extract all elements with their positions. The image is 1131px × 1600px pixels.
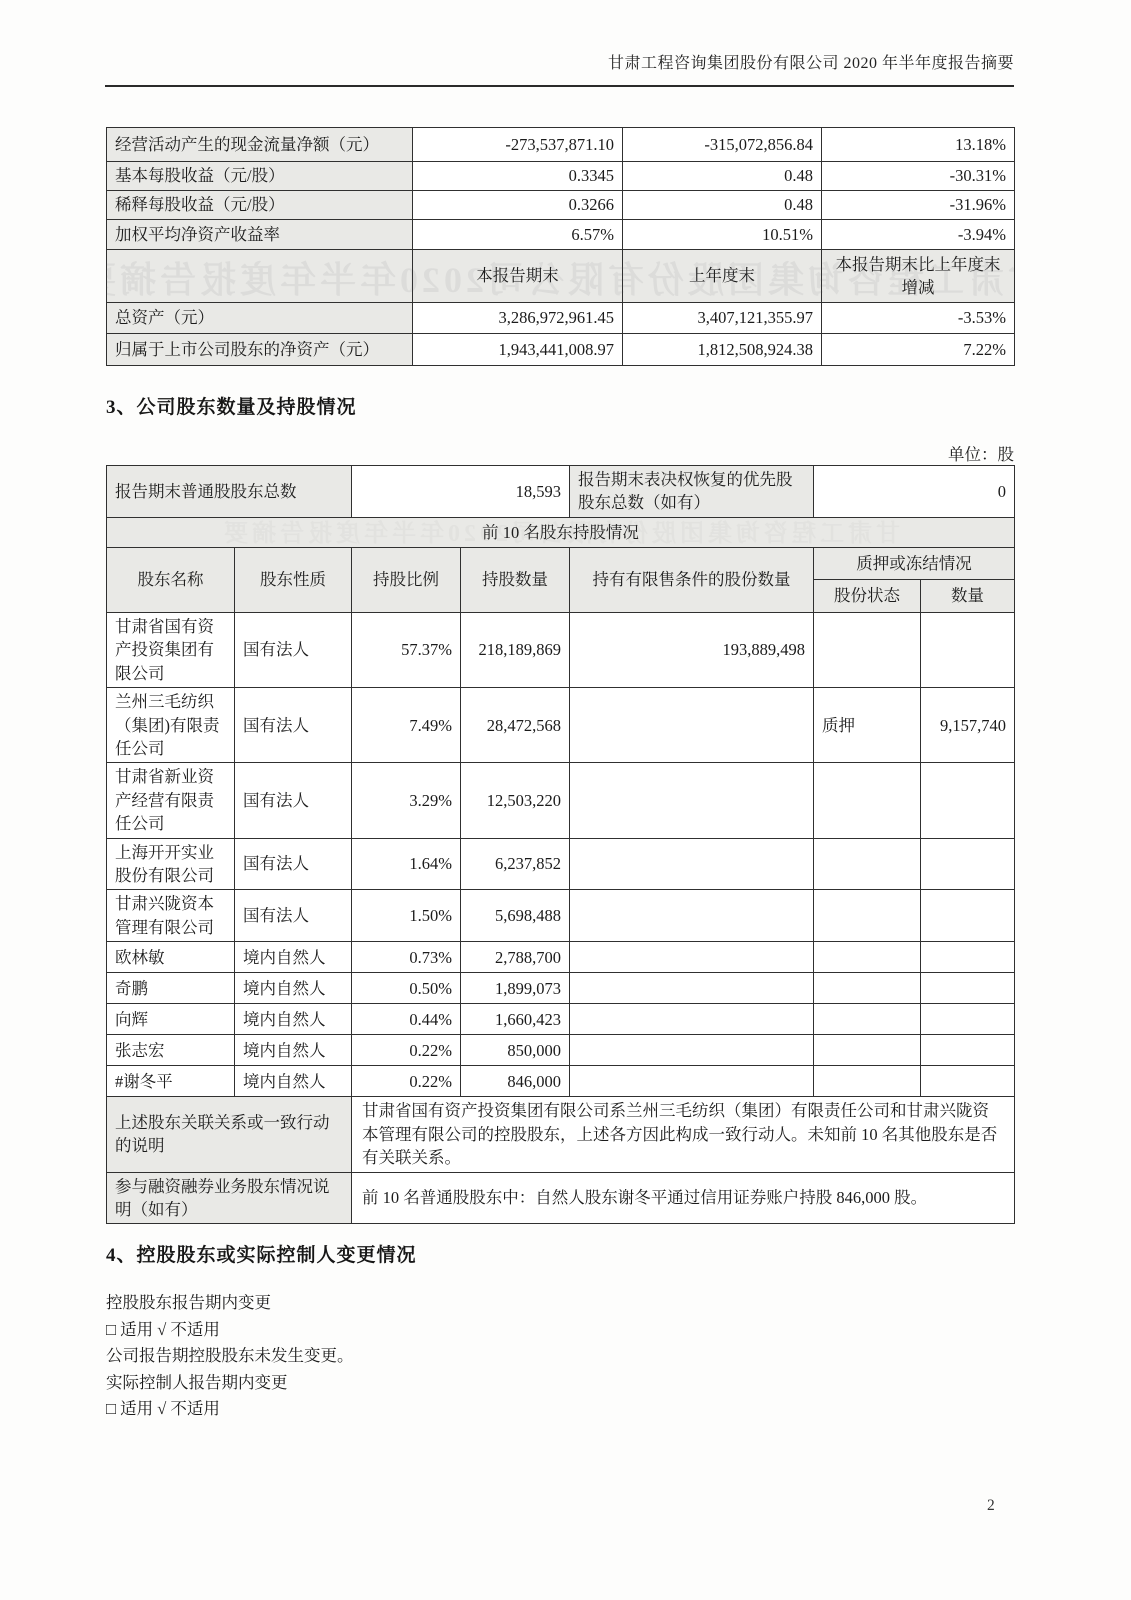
top10-title: 前 10 名股东持股情况 (107, 517, 1015, 547)
shareholder-ratio: 3.29% (352, 763, 461, 838)
metric-label: 加权平均净资产收益率 (107, 220, 413, 250)
header-rule (105, 85, 1014, 87)
pledge-count (921, 973, 1015, 1004)
shareholder-row: #谢冬平 境内自然人 0.22% 846,000 (107, 1066, 1015, 1097)
pledge-count (921, 1004, 1015, 1035)
period-change-header: 本报告期末比上年度末增减 (822, 250, 1015, 303)
metric-current-value: 1,943,441,008.97 (413, 334, 623, 366)
metric-prior-value: -315,072,856.84 (623, 128, 822, 162)
shareholder-nature: 国有法人 (235, 838, 352, 890)
common-shareholders-label: 报告期末普通股股东总数 (107, 466, 352, 518)
pledge-count (921, 1035, 1015, 1066)
shareholder-row: 甘肃兴陇资本管理有限公司 国有法人 1.50% 5,698,488 (107, 890, 1015, 942)
relation-note-label: 上述股东关联关系或一致行动的说明 (107, 1097, 352, 1172)
pledge-count: 9,157,740 (921, 688, 1015, 763)
shareholder-restricted (570, 763, 814, 838)
section-heading-4: 4、控股股东或实际控制人变更情况 (106, 1240, 417, 1267)
shareholder-restricted: 193,889,498 (570, 612, 814, 687)
shareholder-nature: 国有法人 (235, 763, 352, 838)
col-header-name: 股东名称 (107, 547, 235, 612)
shareholder-row: 兰州三毛纺织（集团)有限责任公司 国有法人 7.49% 28,472,568 质… (107, 688, 1015, 763)
shareholder-count: 28,472,568 (461, 688, 570, 763)
metric-label: 总资产（元） (107, 303, 413, 334)
period-current-header: 本报告期末 (413, 250, 623, 303)
common-shareholders-value: 18,593 (352, 466, 570, 518)
shareholder-count: 1,660,423 (461, 1004, 570, 1035)
shareholder-ratio: 0.22% (352, 1066, 461, 1097)
shareholder-count: 5,698,488 (461, 890, 570, 942)
metric-label: 稀释每股收益（元/股） (107, 191, 413, 220)
table-row: 加权平均净资产收益率 6.57% 10.51% -3.94% (107, 220, 1015, 250)
table-row: 经营活动产生的现金流量净额（元） -273,537,871.10 -315,07… (107, 128, 1015, 162)
metric-change-value: -3.53% (822, 303, 1015, 334)
shareholder-nature: 国有法人 (235, 890, 352, 942)
document-page: 甘肃工程咨询集团股份有限公司 2020 年半年度报告摘要 经营活动产生的现金流量… (0, 0, 1131, 1600)
shareholder-nature: 国有法人 (235, 688, 352, 763)
page-header-title: 甘肃工程咨询集团股份有限公司 2020 年半年度报告摘要 (106, 50, 1014, 73)
top10-title-row: 前 10 名股东持股情况 (107, 517, 1015, 547)
shareholder-restricted (570, 973, 814, 1004)
relation-note-content: 甘肃省国有资产投资集团有限公司系兰州三毛纺织（集团）有限责任公司和甘肃兴陇资本管… (352, 1097, 1015, 1172)
shareholder-summary-row: 报告期末普通股股东总数 18,593 报告期末表决权恢复的优先股股东总数（如有）… (107, 466, 1015, 518)
shareholder-count: 12,503,220 (461, 763, 570, 838)
checkbox-line: □ 适用 √ 不适用 (106, 1321, 1014, 1338)
shareholder-row: 欧林敏 境内自然人 0.73% 2,788,700 (107, 942, 1015, 973)
shareholder-ratio: 1.64% (352, 838, 461, 890)
table-row: 总资产（元） 3,286,972,961.45 3,407,121,355.97… (107, 303, 1015, 334)
metric-current-value: 0.3345 (413, 162, 623, 191)
metric-change-value: 13.18% (822, 128, 1015, 162)
unit-note: 单位：股 (106, 441, 1014, 465)
shareholder-count: 1,899,073 (461, 973, 570, 1004)
shareholder-name: 甘肃省国有资产投资集团有限公司 (107, 612, 235, 687)
shareholder-count: 846,000 (461, 1066, 570, 1097)
pledge-status (814, 612, 921, 687)
shareholder-nature: 境内自然人 (235, 942, 352, 973)
shareholder-ratio: 0.44% (352, 1004, 461, 1035)
table-row: 稀释每股收益（元/股） 0.3266 0.48 -31.96% (107, 191, 1015, 220)
period-prior-header: 上年度末 (623, 250, 822, 303)
shareholder-restricted (570, 1035, 814, 1066)
shareholder-restricted (570, 838, 814, 890)
metric-current-value: 3,286,972,961.45 (413, 303, 623, 334)
metric-prior-value: 3,407,121,355.97 (623, 303, 822, 334)
checkbox-line: □ 适用 √ 不适用 (106, 1400, 1014, 1417)
metric-prior-value: 1,812,508,924.38 (623, 334, 822, 366)
col-header-pledge-count: 数量 (921, 579, 1015, 612)
shareholder-ratio: 1.50% (352, 890, 461, 942)
shareholder-count: 218,189,869 (461, 612, 570, 687)
shareholder-ratio: 0.22% (352, 1035, 461, 1066)
metric-change-value: -3.94% (822, 220, 1015, 250)
shareholder-ratio: 0.50% (352, 973, 461, 1004)
pledge-status (814, 1066, 921, 1097)
pledge-count (921, 890, 1015, 942)
shareholder-name: 甘肃省新业资产经营有限责任公司 (107, 763, 235, 838)
shareholder-row: 向辉 境内自然人 0.44% 1,660,423 (107, 1004, 1015, 1035)
pledge-status (814, 1004, 921, 1035)
shareholder-nature: 境内自然人 (235, 1035, 352, 1066)
shareholder-count: 850,000 (461, 1035, 570, 1066)
shareholder-name: 欧林敏 (107, 942, 235, 973)
col-header-nature: 股东性质 (235, 547, 352, 612)
metric-prior-value: 10.51% (623, 220, 822, 250)
metric-label: 基本每股收益（元/股） (107, 162, 413, 191)
margin-note-content: 前 10 名普通股股东中：自然人股东谢冬平通过信用证券账户持股 846,000 … (352, 1172, 1015, 1224)
shareholder-restricted (570, 1004, 814, 1035)
body-line: 实际控制人报告期内变更 (106, 1374, 1014, 1391)
metric-current-value: -273,537,871.10 (413, 128, 623, 162)
col-header-count: 持股数量 (461, 547, 570, 612)
metric-change-value: -30.31% (822, 162, 1015, 191)
pledge-count (921, 838, 1015, 890)
relation-note-row: 上述股东关联关系或一致行动的说明 甘肃省国有资产投资集团有限公司系兰州三毛纺织（… (107, 1097, 1015, 1172)
shareholder-nature: 国有法人 (235, 612, 352, 687)
page-number: 2 (987, 1497, 995, 1515)
metric-change-value: -31.96% (822, 191, 1015, 220)
shareholder-restricted (570, 688, 814, 763)
preferred-shareholders-value: 0 (814, 466, 1015, 518)
shareholder-row: 奇鹏 境内自然人 0.50% 1,899,073 (107, 973, 1015, 1004)
shareholder-count: 6,237,852 (461, 838, 570, 890)
pledge-status (814, 763, 921, 838)
metric-prior-value: 0.48 (623, 191, 822, 220)
metric-prior-value: 0.48 (623, 162, 822, 191)
shareholder-name: 奇鹏 (107, 973, 235, 1004)
shareholder-row: 张志宏 境内自然人 0.22% 850,000 (107, 1035, 1015, 1066)
financial-summary-table: 经营活动产生的现金流量净额（元） -273,537,871.10 -315,07… (106, 127, 1015, 366)
pledge-status (814, 973, 921, 1004)
pledge-count (921, 942, 1015, 973)
pledge-status: 质押 (814, 688, 921, 763)
section4-body: 控股股东报告期内变更 □ 适用 √ 不适用 公司报告期控股股东未发生变更。 实际… (106, 1294, 1014, 1427)
shareholder-nature: 境内自然人 (235, 1066, 352, 1097)
shareholder-name: #谢冬平 (107, 1066, 235, 1097)
margin-note-row: 参与融资融券业务股东情况说明（如有） 前 10 名普通股股东中：自然人股东谢冬平… (107, 1172, 1015, 1224)
shareholder-name: 张志宏 (107, 1035, 235, 1066)
empty-cell (107, 250, 413, 303)
shareholder-nature: 境内自然人 (235, 973, 352, 1004)
shareholder-name: 兰州三毛纺织（集团)有限责任公司 (107, 688, 235, 763)
shareholder-name: 向辉 (107, 1004, 235, 1035)
pledge-status (814, 942, 921, 973)
pledge-count (921, 763, 1015, 838)
col-header-restricted: 持有有限售条件的股份数量 (570, 547, 814, 612)
column-header-row: 股东名称 股东性质 持股比例 持股数量 持有有限售条件的股份数量 质押或冻结情况 (107, 547, 1015, 579)
col-header-pledge-group: 质押或冻结情况 (814, 547, 1015, 579)
shareholder-ratio: 57.37% (352, 612, 461, 687)
col-header-ratio: 持股比例 (352, 547, 461, 612)
metric-label: 经营活动产生的现金流量净额（元） (107, 128, 413, 162)
metric-current-value: 0.3266 (413, 191, 623, 220)
shareholder-ratio: 0.73% (352, 942, 461, 973)
pledge-status (814, 890, 921, 942)
shareholder-row: 甘肃省新业资产经营有限责任公司 国有法人 3.29% 12,503,220 (107, 763, 1015, 838)
pledge-count (921, 1066, 1015, 1097)
shareholder-restricted (570, 1066, 814, 1097)
metric-change-value: 7.22% (822, 334, 1015, 366)
shareholder-restricted (570, 890, 814, 942)
shareholder-nature: 境内自然人 (235, 1004, 352, 1035)
metric-label: 归属于上市公司股东的净资产（元） (107, 334, 413, 366)
pledge-count (921, 612, 1015, 687)
shareholder-name: 上海开开实业股份有限公司 (107, 838, 235, 890)
shareholder-table: 报告期末普通股股东总数 18,593 报告期末表决权恢复的优先股股东总数（如有）… (106, 465, 1015, 1224)
shareholder-name: 甘肃兴陇资本管理有限公司 (107, 890, 235, 942)
metric-current-value: 6.57% (413, 220, 623, 250)
section-heading-3: 3、公司股东数量及持股情况 (106, 392, 357, 419)
table-row: 基本每股收益（元/股） 0.3345 0.48 -30.31% (107, 162, 1015, 191)
preferred-shareholders-label: 报告期末表决权恢复的优先股股东总数（如有） (570, 466, 814, 518)
shareholder-ratio: 7.49% (352, 688, 461, 763)
period-header-row: 本报告期末 上年度末 本报告期末比上年度末增减 (107, 250, 1015, 303)
shareholder-row: 甘肃省国有资产投资集团有限公司 国有法人 57.37% 218,189,869 … (107, 612, 1015, 687)
body-line: 控股股东报告期内变更 (106, 1294, 1014, 1311)
table-row: 归属于上市公司股东的净资产（元） 1,943,441,008.97 1,812,… (107, 334, 1015, 366)
pledge-status (814, 1035, 921, 1066)
margin-note-label: 参与融资融券业务股东情况说明（如有） (107, 1172, 352, 1224)
shareholder-count: 2,788,700 (461, 942, 570, 973)
pledge-status (814, 838, 921, 890)
body-line: 公司报告期控股股东未发生变更。 (106, 1347, 1014, 1364)
shareholder-row: 上海开开实业股份有限公司 国有法人 1.64% 6,237,852 (107, 838, 1015, 890)
col-header-pledge-status: 股份状态 (814, 579, 921, 612)
shareholder-restricted (570, 942, 814, 973)
